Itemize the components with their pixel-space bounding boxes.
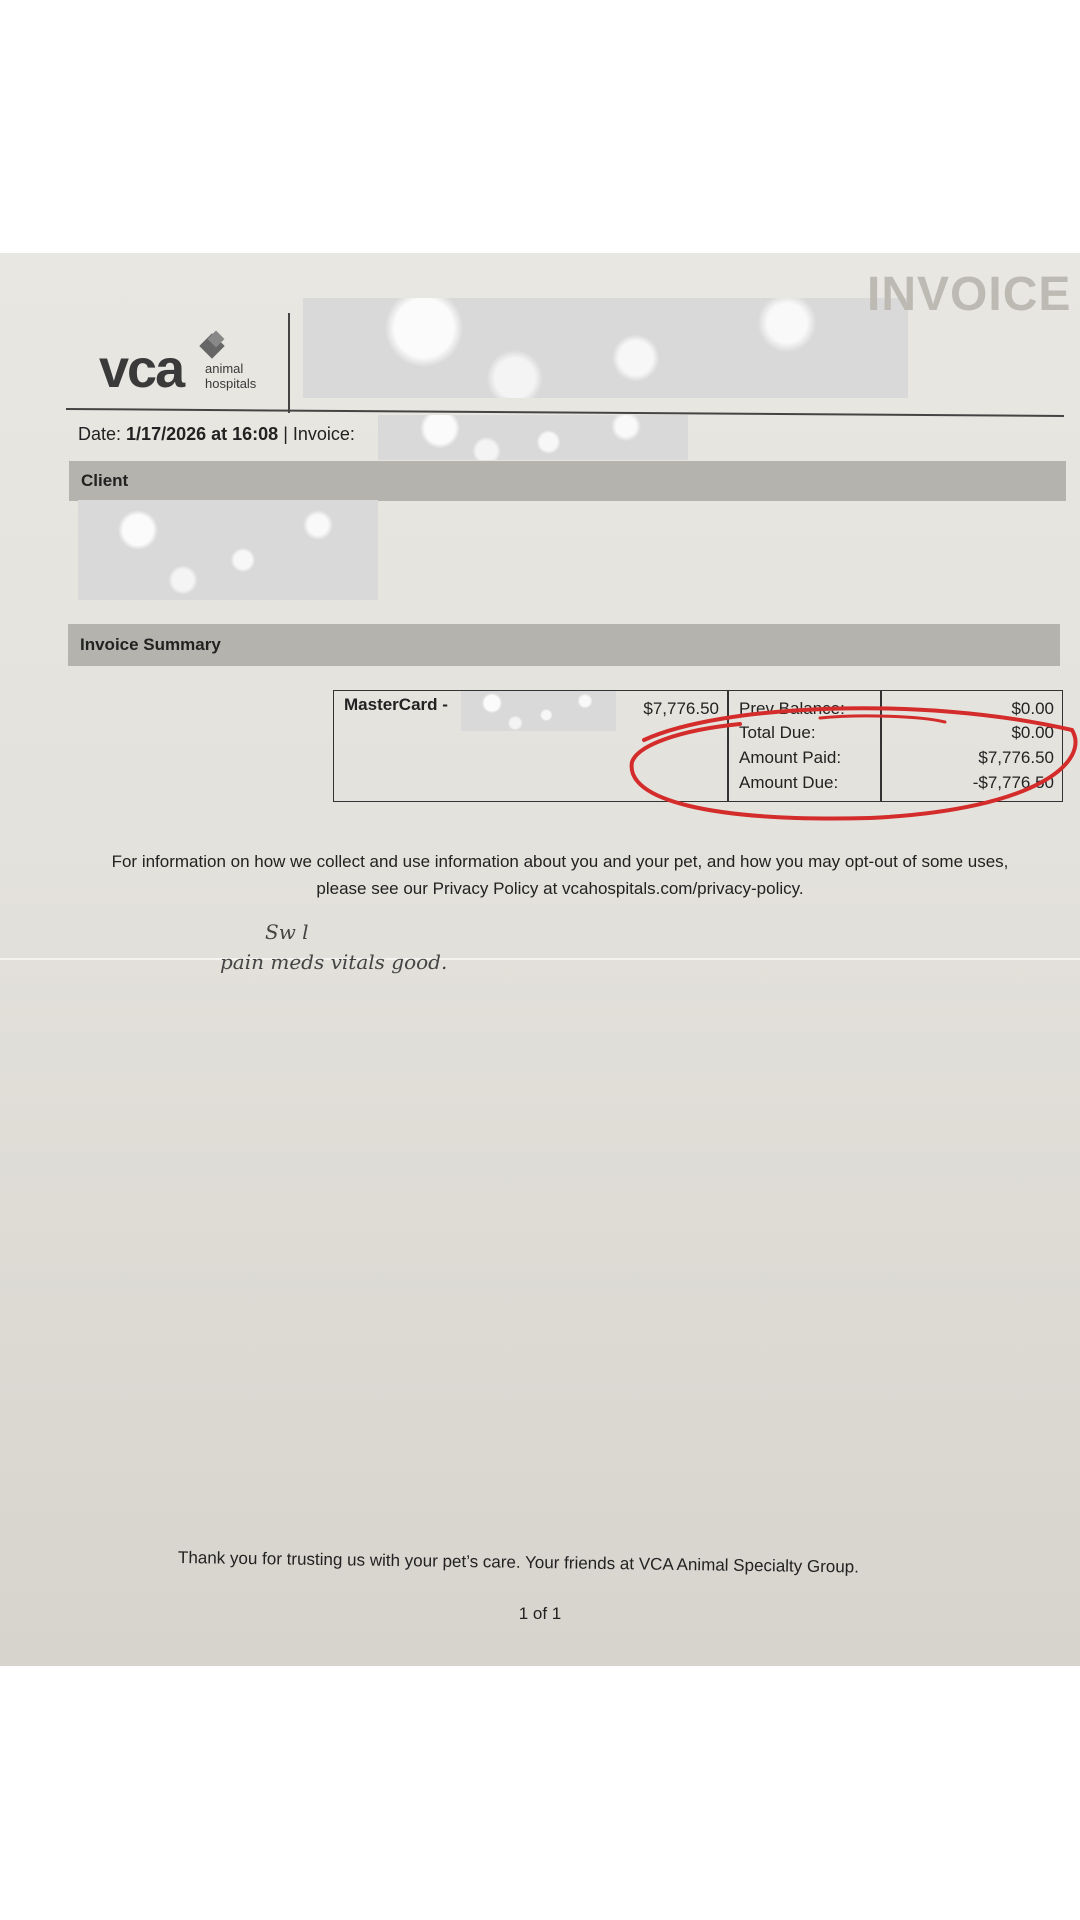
total-due-label: Total Due: [739,723,816,743]
separator: | [283,424,288,444]
invoice-summary-header: Invoice Summary [68,624,1060,666]
vca-logo-subtext: animal hospitals [205,361,256,391]
privacy-notice-line2: please see our Privacy Policy at vcahosp… [60,875,1060,902]
privacy-notice-line1: For information on how we collect and us… [60,848,1060,875]
redacted-client-info [78,500,378,600]
invoice-number-label: Invoice: [293,424,355,444]
prev-balance-value: $0.00 [1011,699,1054,719]
column-separator [727,691,729,801]
logo-subtext-line2: hospitals [205,376,256,391]
header-divider-vertical [288,313,290,413]
page-number: 1 of 1 [0,1604,1080,1624]
amount-due-label: Amount Due: [739,773,838,793]
payment-method: MasterCard - [344,695,448,715]
date-label: Date: [78,424,121,444]
redacted-card-number [461,691,616,731]
invoice-summary-table: MasterCard - $7,776.50 Prev Balance: $0.… [333,690,1063,802]
handwritten-note-line1: Sw l [265,920,309,944]
invoice-title: INVOICE [867,267,1071,322]
amount-due-value: -$7,776.50 [973,773,1054,793]
prev-balance-label: Prev Balance: [739,699,845,719]
paper-fold [0,958,1080,960]
vca-logo: vca [99,338,183,400]
total-due-value: $0.00 [1011,723,1054,743]
date-invoice-line: Date: 1/17/2026 at 16:08 | Invoice: [78,424,355,445]
date-value: 1/17/2026 at 16:08 [126,424,278,444]
redacted-hospital-address [303,298,908,398]
amount-paid-value: $7,776.50 [978,748,1054,768]
payment-amount: $7,776.50 [634,699,719,719]
privacy-notice: For information on how we collect and us… [60,848,1060,902]
client-section-header: Client [69,461,1066,501]
handwritten-note-line2: pain meds vitals good. [220,950,447,974]
redacted-invoice-number [378,415,688,460]
column-separator [880,691,882,801]
logo-subtext-line1: animal [205,361,256,376]
amount-paid-label: Amount Paid: [739,748,841,768]
